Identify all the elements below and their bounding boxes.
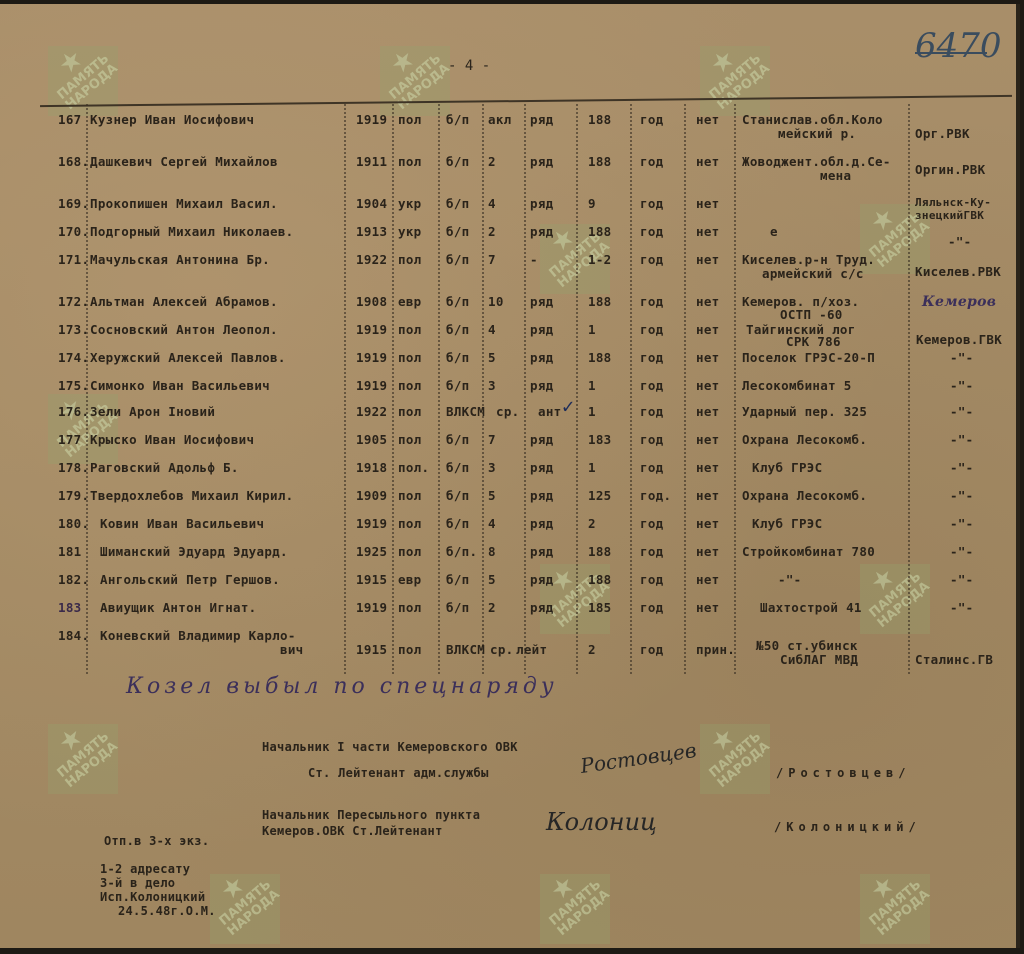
nationality: пол	[398, 544, 421, 559]
row-number: 174.	[58, 350, 89, 365]
address: Ударный пер. 325	[742, 404, 867, 419]
party: б/п	[446, 294, 469, 309]
person-name: Альтман Алексей Абрамов.	[90, 294, 278, 309]
service: год	[640, 322, 663, 337]
education: 8	[488, 544, 496, 559]
rank: лейт	[516, 642, 547, 657]
star-icon: ★	[840, 181, 926, 259]
address: Поселок ГРЭС-20-П	[742, 350, 875, 365]
service: год	[640, 642, 663, 657]
birth-year: 1904	[356, 196, 387, 211]
military-office: -"-	[950, 544, 973, 559]
watermark: ★ПАМЯТЬНАРОДА	[190, 849, 304, 954]
watermark-patch	[540, 874, 610, 944]
awards: нет	[696, 460, 719, 475]
person-name: Зели Арон Іновий	[90, 404, 215, 419]
nationality: пол	[398, 154, 421, 169]
code: 188	[588, 154, 611, 169]
archive-number: 6470	[915, 26, 1002, 66]
education: ср.	[496, 404, 519, 419]
party: б/п	[446, 572, 469, 587]
handwritten-note: Козел выбыл по спецнаряду	[126, 674, 558, 699]
code: 1	[588, 404, 596, 419]
watermark: ★ПАМЯТЬНАРОДА	[520, 849, 634, 954]
military-office: Кемеров.ГВК	[916, 332, 1002, 347]
code: 188	[588, 572, 611, 587]
code: 188	[588, 294, 611, 309]
service: год	[640, 460, 663, 475]
person-name: Крыско Иван Иосифович	[90, 432, 254, 447]
person-name: Дашкевич Сергей Михайлов	[90, 154, 278, 169]
checkmark-icon: ✓	[562, 394, 574, 418]
person-name: Коневский Владимир Карло-	[100, 628, 296, 643]
code: 183	[588, 432, 611, 447]
person-name: Мачульская Антонина Бр.	[90, 252, 270, 267]
watermark-patch	[860, 874, 930, 944]
awards: нет	[696, 154, 719, 169]
rank: ряд	[530, 460, 553, 475]
education: 4	[488, 322, 496, 337]
address: Шахтострой 41	[760, 600, 862, 615]
table-row: 173. Сосновский Антон Леопол. 1919 пол б…	[0, 322, 1016, 342]
education: ср.	[490, 642, 513, 657]
service: год	[640, 600, 663, 615]
birth-year: 1915	[356, 642, 387, 657]
military-office: -"-	[950, 460, 973, 475]
signatory-rank-2: Кемеров.ОВК Ст.Лейтенант	[262, 824, 443, 838]
birth-year: 1909	[356, 488, 387, 503]
row-number: 172.	[58, 294, 89, 309]
code: 185	[588, 600, 611, 615]
military-office: -"-	[948, 234, 971, 249]
rank: ряд	[530, 350, 553, 365]
service: год	[640, 112, 663, 127]
service: год	[640, 252, 663, 267]
row-number: 178.	[58, 460, 89, 475]
archive-number-new: 70	[958, 26, 1001, 66]
awards: нет	[696, 224, 719, 239]
person-name: Ангольский Петр Гершов.	[100, 572, 280, 587]
education: 5	[488, 572, 496, 587]
nationality: пол	[398, 378, 421, 393]
row-number: 176.	[58, 404, 89, 419]
rank: ряд	[530, 572, 553, 587]
service: год	[640, 572, 663, 587]
service: год	[640, 294, 663, 309]
signatory-name-1: /Ростовцев/	[776, 766, 910, 780]
code: 188	[588, 112, 611, 127]
code: 1	[588, 378, 596, 393]
rank: ряд	[530, 516, 553, 531]
row-number: 175.	[58, 378, 89, 393]
birth-year: 1915	[356, 572, 387, 587]
awards: нет	[696, 572, 719, 587]
party: б/п	[446, 322, 469, 337]
rank: ряд	[530, 432, 553, 447]
party: б/п	[446, 350, 469, 365]
service: год	[640, 516, 663, 531]
rank: ряд	[530, 544, 553, 559]
address: Охрана Лесокомб.	[742, 488, 867, 503]
rank: ряд	[530, 196, 553, 211]
executor: Исп.Колоницкий	[100, 890, 205, 904]
nationality: укр	[398, 196, 421, 211]
page-number: - 4 -	[448, 58, 490, 74]
awards: нет	[696, 600, 719, 615]
star-icon: ★	[520, 849, 606, 927]
awards: нет	[696, 516, 719, 531]
education: 10	[488, 294, 504, 309]
military-office: Оргин.РВК	[915, 162, 985, 177]
nationality: пол	[398, 432, 421, 447]
party: б/п	[446, 252, 469, 267]
birth-year: 1919	[356, 516, 387, 531]
party: ВЛКСМ	[446, 642, 485, 657]
education: 3	[488, 378, 496, 393]
person-name: Кузнер Иван Иосифович	[90, 112, 254, 127]
rank: ряд	[530, 294, 553, 309]
person-name: Авиущик Антон Игнат.	[100, 600, 257, 615]
code: 1-2	[588, 252, 611, 267]
rank: ант	[538, 404, 561, 419]
party: б/п	[446, 154, 469, 169]
address: Охрана Лесокомб.	[742, 432, 867, 447]
awards: нет	[696, 322, 719, 337]
nationality: пол	[398, 404, 421, 419]
party: б/п	[446, 432, 469, 447]
code: 9	[588, 196, 596, 211]
rank: ряд	[530, 488, 553, 503]
nationality: пол	[398, 350, 421, 365]
address: е	[770, 224, 778, 239]
person-name: Симонко Иван Васильевич	[90, 378, 270, 393]
education: 4	[488, 516, 496, 531]
nationality: пол	[398, 322, 421, 337]
awards: нет	[696, 378, 719, 393]
watermark: ★ПАМЯТЬНАРОДА	[28, 701, 142, 812]
service: год	[640, 378, 663, 393]
row-number: 182.	[58, 572, 89, 587]
nationality: пол	[398, 488, 421, 503]
military-office: -"-	[950, 432, 973, 447]
watermark: ★ПАМЯТЬНАРОДА	[840, 849, 954, 954]
scanned-document-page: ★ПАМЯТЬНАРОДА ★ПАМЯТЬНАРОДА ★ПАМЯТЬНАРОД…	[0, 4, 1020, 948]
row-number: 173.	[58, 322, 89, 337]
party: б/п	[446, 378, 469, 393]
signatory-rank-1: Ст. Лейтенант адм.службы	[308, 766, 489, 780]
table-row: 171. Мачульская Антонина Бр. 1922 пол б/…	[0, 252, 1016, 272]
birth-year: 1922	[356, 404, 387, 419]
birth-year: 1908	[356, 294, 387, 309]
signature-2: Колониц	[546, 808, 657, 836]
person-name: Прокопишен Михаил Васил.	[90, 196, 278, 211]
signature-1: Ростовцев	[579, 738, 698, 778]
signatory-title-1: Начальник I части Кемеровского ОВК	[262, 740, 518, 754]
birth-year: 1922	[356, 252, 387, 267]
birth-year: 1919	[356, 378, 387, 393]
party: б/п	[446, 460, 469, 475]
address-line2: мейский р.	[778, 126, 856, 141]
person-name-continued: вич	[280, 642, 303, 657]
person-name: Ковин Иван Васильевич	[100, 516, 264, 531]
code: 2	[588, 516, 596, 531]
code: 188	[588, 350, 611, 365]
service: год	[640, 404, 663, 419]
address: Станислав.обл.Коло	[742, 112, 883, 127]
birth-year: 1919	[356, 112, 387, 127]
nationality: пол	[398, 600, 421, 615]
code: 1	[588, 322, 596, 337]
education: 2	[488, 600, 496, 615]
table-row: 184. Коневский Владимир Карло- вич 1915 …	[0, 628, 1016, 668]
address: Лесокомбинат 5	[742, 378, 852, 393]
person-name: Подгорный Михаил Николаев.	[90, 224, 293, 239]
rank: ряд	[530, 112, 553, 127]
row-number: 183	[58, 600, 81, 615]
row-number: 184.	[58, 628, 89, 643]
address: Клуб ГРЭС	[752, 460, 822, 475]
education: 2	[488, 224, 496, 239]
party: б/п	[446, 488, 469, 503]
birth-year: 1919	[356, 600, 387, 615]
party: б/п	[446, 600, 469, 615]
awards: нет	[696, 196, 719, 211]
strikethrough	[915, 52, 987, 54]
star-icon: ★	[28, 701, 114, 779]
table-row: 169. Прокопишен Михаил Васил. 1904 укр б…	[0, 196, 1016, 216]
table-row: 177 Крыско Иван Иосифович 1905 пол б/п 7…	[0, 432, 1016, 452]
awards: нет	[696, 252, 719, 267]
awards: нет	[696, 544, 719, 559]
table-row: 176. Зели Арон Іновий 1922 пол ВЛКСМ ср.…	[0, 404, 1016, 424]
awards: нет	[696, 488, 719, 503]
military-office: -"-	[950, 516, 973, 531]
address: Стройкомбинат 780	[742, 544, 875, 559]
military-office: -"-	[950, 350, 973, 365]
row-number: 181	[58, 544, 81, 559]
service: год	[640, 544, 663, 559]
nationality: евр	[398, 572, 421, 587]
watermark-patch	[48, 724, 118, 794]
education: 2	[488, 154, 496, 169]
document-date: 24.5.48г.О.М.	[118, 904, 216, 918]
rank: ряд	[530, 600, 553, 615]
service: год	[640, 432, 663, 447]
person-name: Сосновский Антон Леопол.	[90, 322, 278, 337]
military-office: -"-	[950, 378, 973, 393]
address-line2: ОСТП -60	[780, 307, 843, 322]
military-office: -"-	[950, 404, 973, 419]
party: б/п	[446, 224, 469, 239]
service: год.	[640, 488, 671, 503]
address: Клуб ГРЭС	[752, 516, 822, 531]
distribution-line-2: 3-й в дело	[100, 876, 175, 890]
military-office: -"-	[950, 572, 973, 587]
address: Киселев.р-н Труд.	[742, 252, 875, 267]
address-line2: СибЛАГ МВД	[780, 652, 858, 667]
table-row: 183 Авиущик Антон Игнат. 1919 пол б/п 2 …	[0, 600, 1016, 620]
rank: ряд	[530, 378, 553, 393]
table-row: 172. Альтман Алексей Абрамов. 1908 евр б…	[0, 294, 1016, 314]
table-row: 170. Подгорный Михаил Николаев. 1913 укр…	[0, 224, 1016, 244]
code: 188	[588, 224, 611, 239]
person-name: Херужский Алексей Павлов.	[90, 350, 286, 365]
person-name: Раговский Адольф Б.	[90, 460, 239, 475]
birth-year: 1911	[356, 154, 387, 169]
military-office: Орг.РВК	[915, 126, 970, 141]
awards: нет	[696, 294, 719, 309]
table-row: 175. Симонко Иван Васильевич 1919 пол б/…	[0, 378, 1016, 398]
table-row: 178. Раговский Адольф Б. 1918 пол. б/п 3…	[0, 460, 1016, 480]
address: -"-	[778, 572, 801, 587]
birth-year: 1918	[356, 460, 387, 475]
awards: нет	[696, 350, 719, 365]
row-number: 179.	[58, 488, 89, 503]
row-number: 177	[58, 432, 81, 447]
person-name: Шиманский Эдуард Эдуард.	[100, 544, 288, 559]
person-name: Твердохлебов Михаил Кирил.	[90, 488, 293, 503]
address: Жоводжент.обл.д.Се-	[742, 154, 891, 169]
signatory-name-2: /Колоницкий/	[774, 820, 921, 834]
row-number: 180.	[58, 516, 89, 531]
table-row: 174. Херужский Алексей Павлов. 1919 пол …	[0, 350, 1016, 370]
watermark-patch	[700, 724, 770, 794]
education: 5	[488, 488, 496, 503]
table-row: 167 Кузнер Иван Иосифович 1919 пол б/п а…	[0, 112, 1016, 132]
education: 3	[488, 460, 496, 475]
birth-year: 1905	[356, 432, 387, 447]
awards: нет	[696, 404, 719, 419]
nationality: пол	[398, 112, 421, 127]
nationality: пол	[398, 252, 421, 267]
military-office: -"-	[950, 600, 973, 615]
signatory-title-2: Начальник Пересыльного пункта	[262, 808, 480, 822]
nationality: пол	[398, 516, 421, 531]
rank: ряд	[530, 322, 553, 337]
code: 1	[588, 460, 596, 475]
education: 5	[488, 350, 496, 365]
distribution-line-1: 1-2 адресату	[100, 862, 190, 876]
rank: ряд	[530, 224, 553, 239]
education: 7	[488, 252, 496, 267]
military-office: Ляльнск-Ку-знецкийГВК	[915, 196, 1015, 222]
party: б/п	[446, 196, 469, 211]
service: год	[640, 196, 663, 211]
table-row: 168. Дашкевич Сергей Михайлов 1911 пол б…	[0, 154, 1016, 174]
table-row: 181 Шиманский Эдуард Эдуард. 1925 пол б/…	[0, 544, 1016, 564]
address: №50 ст.убинск	[756, 638, 858, 653]
row-number: 170.	[58, 224, 89, 239]
row-number: 168.	[58, 154, 89, 169]
nationality: укр	[398, 224, 421, 239]
education: 4	[488, 196, 496, 211]
nationality: пол	[398, 642, 421, 657]
rank: ряд	[530, 154, 553, 169]
military-office-handwritten: Кемеров	[922, 294, 996, 310]
code: 188	[588, 544, 611, 559]
awards: нет	[696, 432, 719, 447]
birth-year: 1913	[356, 224, 387, 239]
row-number: 167	[58, 112, 81, 127]
party: б/п	[446, 516, 469, 531]
archive-number-old: 64	[915, 26, 958, 66]
table-row: 179. Твердохлебов Михаил Кирил. 1909 пол…	[0, 488, 1016, 508]
star-icon: ★	[28, 23, 114, 101]
service: год	[640, 224, 663, 239]
education: акл	[488, 112, 511, 127]
nationality: евр	[398, 294, 421, 309]
table-row: 182. Ангольский Петр Гершов. 1915 евр б/…	[0, 572, 1016, 592]
star-icon: ★	[360, 23, 446, 101]
row-number: 169.	[58, 196, 89, 211]
copies-note: Отп.в 3-х экз.	[104, 834, 209, 848]
code: 2	[588, 642, 596, 657]
code: 125	[588, 488, 611, 503]
table-row: 180. Ковин Иван Васильевич 1919 пол б/п …	[0, 516, 1016, 536]
address-line2: армейский с/с	[762, 266, 864, 281]
service: год	[640, 350, 663, 365]
birth-year: 1925	[356, 544, 387, 559]
birth-year: 1919	[356, 322, 387, 337]
star-icon: ★	[840, 849, 926, 927]
row-number: 171.	[58, 252, 89, 267]
military-office: Киселев.РВК	[915, 264, 1001, 279]
address-line2: СРК 786	[786, 334, 841, 349]
awards: прин.	[696, 642, 735, 657]
awards: нет	[696, 112, 719, 127]
watermark-patch	[210, 874, 280, 944]
military-office: -"-	[950, 488, 973, 503]
party: б/п	[446, 112, 469, 127]
service: год	[640, 154, 663, 169]
party: ВЛКСМ	[446, 404, 485, 419]
birth-year: 1919	[356, 350, 387, 365]
address-line2: мена	[820, 168, 851, 183]
star-icon: ★	[680, 23, 766, 101]
education: 7	[488, 432, 496, 447]
nationality: пол.	[398, 460, 429, 475]
rank: -	[530, 252, 538, 267]
military-office: Сталинс.ГВ	[915, 652, 993, 667]
party: б/п.	[446, 544, 477, 559]
